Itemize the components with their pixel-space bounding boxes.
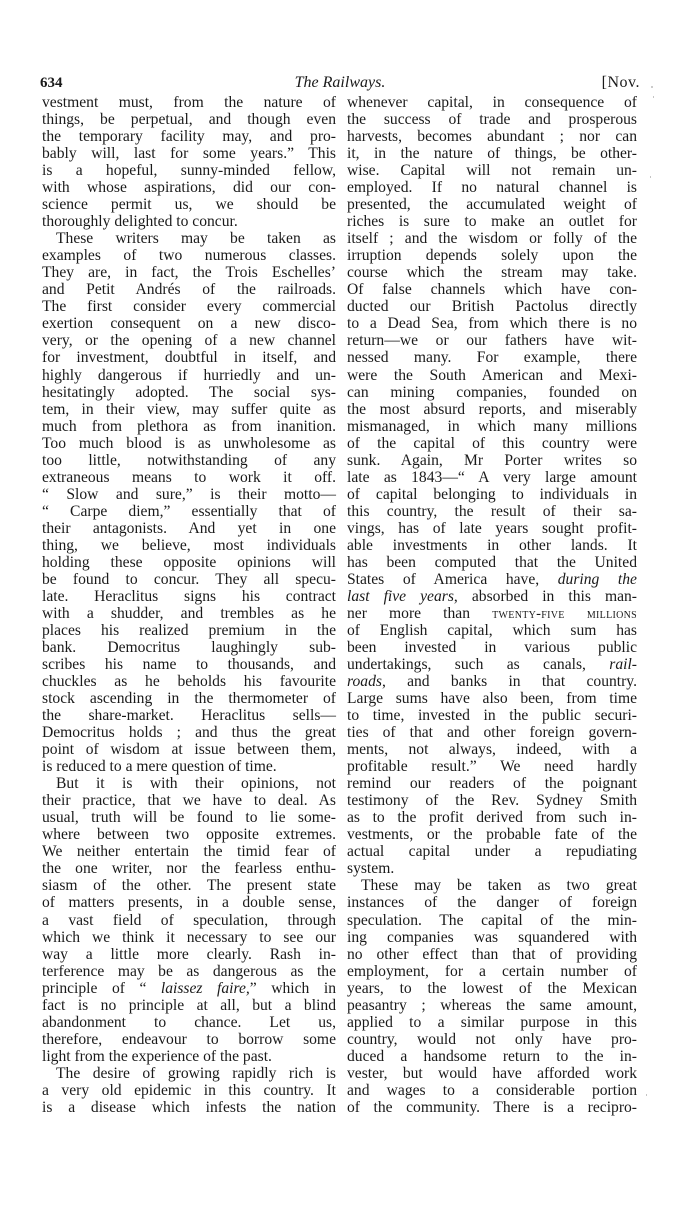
italic-run: laissez faire,	[161, 980, 250, 997]
italic-run: last five years	[347, 588, 454, 605]
text-line: They are, in fact, the Trois Eschelles’	[42, 264, 336, 281]
text-line: ducted our British Pactolus directly	[347, 298, 637, 315]
scanned-book-page: 634 The Railways. [Nov. vestment must, f…	[0, 0, 681, 1213]
text-line: a very old epidemic in this country. It	[42, 1082, 336, 1099]
text-line: a vast field of speculation, through	[42, 912, 336, 929]
text-line: vester, but would have afforded work	[347, 1065, 637, 1082]
scan-speck	[646, 1094, 647, 1096]
text-line: speculation. The capital of the min-	[347, 912, 637, 929]
right-text-column: whenever capital, in consequence ofthe s…	[347, 94, 637, 1116]
text-line: where between two opposite extremes.	[42, 826, 336, 843]
text-line: “ Slow and sure,” is their motto—	[42, 486, 336, 503]
italic-run: during the	[558, 571, 637, 588]
text-run: , and banks in that country.	[382, 673, 637, 690]
text-line: as to the profit derived from such in-	[347, 809, 637, 826]
text-line: system.	[347, 860, 637, 877]
text-line: peasantry ; whereas the same amount,	[347, 997, 637, 1014]
text-line: been invested in various public	[347, 639, 637, 656]
text-line: siasm of the other. The present state	[42, 877, 336, 894]
text-run: States of America have,	[347, 571, 558, 588]
text-run: undertakings, such as canals,	[347, 656, 609, 673]
text-line: ing companies was squandered with	[347, 929, 637, 946]
text-line: things, be perpetual, and though even	[42, 111, 336, 128]
text-line: the success of trade and prosperous	[347, 111, 637, 128]
text-line: sunk. Again, Mr Porter writes so	[347, 452, 637, 469]
text-line: Too much blood is as unwholesome as	[42, 435, 336, 452]
text-line: science permit us, we should be	[42, 196, 336, 213]
text-run: principle of “	[42, 980, 161, 997]
text-line: no other effect than that of providing	[347, 946, 637, 963]
text-line: way a little more clearly. Rash in-	[42, 946, 336, 963]
text-line: vestment must, from the nature of	[42, 94, 336, 111]
text-line: Large sums have also been, from time	[347, 690, 637, 707]
text-line: ner more than twenty-five millions	[347, 605, 637, 622]
text-line: for investment, doubtful in itself, and	[42, 349, 336, 366]
text-line: ments, not always, indeed, with a	[347, 741, 637, 758]
scan-speck	[650, 176, 651, 178]
text-line: itself ; and the wisdom or folly of the	[347, 230, 637, 247]
text-line: applied to a similar purpose in this	[347, 1014, 637, 1031]
text-line: chuckles as he beholds his favourite	[42, 673, 336, 690]
text-line: of the capital of this country were	[347, 435, 637, 452]
text-line: roads, and banks in that country.	[347, 673, 637, 690]
text-line: employed. If no natural channel is	[347, 179, 637, 196]
text-line: late. Heraclitus signs his contract	[42, 588, 336, 605]
text-line: to time, invested in the public securi-	[347, 707, 637, 724]
text-line: highly dangerous if hurriedly and un-	[42, 367, 336, 384]
text-line: vestments, or the probable fate of the	[347, 826, 637, 843]
text-line: it, in the nature of things, be other-	[347, 145, 637, 162]
text-line: is a disease which infests the nation	[42, 1099, 336, 1116]
italic-run: roads	[347, 673, 382, 690]
text-line: instances of the danger of foreign	[347, 894, 637, 911]
text-run: , absorbed in this man-	[454, 588, 637, 605]
text-line: vings, has of late years sought profit-	[347, 520, 637, 537]
text-line: duced a handsome return to the in-	[347, 1048, 637, 1065]
text-line: hesitatingly adopted. The social sys-	[42, 384, 336, 401]
running-title: The Railways.	[40, 74, 640, 92]
text-line: whenever capital, in consequence of	[347, 94, 637, 111]
text-line: But it is with their opinions, not	[42, 775, 336, 792]
text-line: scribes his name to thousands, and	[42, 656, 336, 673]
text-line: The first consider every commercial	[42, 298, 336, 315]
text-line: We neither entertain the timid fear of	[42, 843, 336, 860]
text-line: the share-market. Heraclitus sells—	[42, 707, 336, 724]
text-line: places his realized premium in the	[42, 622, 336, 639]
left-text-column: vestment must, from the nature ofthings,…	[42, 94, 336, 1116]
text-line: mismanaged, in which many millions	[347, 418, 637, 435]
text-line: ties of that and other foreign govern-	[347, 724, 637, 741]
text-line: thoroughly delighted to concur.	[42, 213, 336, 230]
scan-speck	[653, 96, 654, 98]
text-line: last five years, absorbed in this man-	[347, 588, 637, 605]
text-line: extraneous means to work it off.	[42, 469, 336, 486]
text-line: profitable result.” We need hardly	[347, 758, 637, 775]
text-line: late as 1843—“ A very large amount	[347, 469, 637, 486]
text-line: their antagonists. And yet in one	[42, 520, 336, 537]
text-line: These writers may be taken as	[42, 230, 336, 247]
text-line: which we think it necessary to see our	[42, 929, 336, 946]
text-line: much from plethora as from inanition.	[42, 418, 336, 435]
text-line: riches is sure to make an outlet for	[347, 213, 637, 230]
text-line: irruption depends solely upon the	[347, 247, 637, 264]
text-line: nessed many. For example, there	[347, 349, 637, 366]
text-line: of capital belonging to individuals in	[347, 486, 637, 503]
text-line: remind our readers of the poignant	[347, 775, 637, 792]
text-line: with whose aspirations, did our con-	[42, 179, 336, 196]
text-line: the most absurd reports, and miserably	[347, 401, 637, 418]
text-line: Democritus holds ; and thus the great	[42, 724, 336, 741]
text-line: this country, the result of their sa-	[347, 503, 637, 520]
small-caps-run: twenty-five millions	[492, 606, 637, 622]
text-line: stock ascending in the thermometer of	[42, 690, 336, 707]
text-line: wise. Capital will not remain un-	[347, 162, 637, 179]
text-line: “ Carpe diem,” essentially that of	[42, 503, 336, 520]
text-run: ” which in	[250, 980, 336, 997]
italic-run: rail-	[609, 656, 637, 673]
text-line: of matters presents, in a double sense,	[42, 894, 336, 911]
text-line: bably will, last for some years.” This	[42, 145, 336, 162]
text-line: light from the experience of the past.	[42, 1048, 336, 1065]
running-head: 634 The Railways. [Nov.	[40, 74, 640, 92]
text-line: return—we or our fathers have wit-	[347, 332, 637, 349]
text-line: The desire of growing rapidly rich is	[42, 1065, 336, 1082]
text-line: point of wisdom at issue between them,	[42, 741, 336, 758]
text-line: tem, in their view, may suffer quite as	[42, 401, 336, 418]
text-line: undertakings, such as canals, rail-	[347, 656, 637, 673]
text-line: bank. Democritus laughingly sub-	[42, 639, 336, 656]
text-line: employment, for a certain number of	[347, 963, 637, 980]
text-line: and wages to a considerable portion	[347, 1082, 637, 1099]
text-line: fact is no principle at all, but a blind	[42, 997, 336, 1014]
text-line: their practice, that we have to deal. As	[42, 792, 336, 809]
text-line: has been computed that the United	[347, 554, 637, 571]
text-line: harvests, becomes abundant ; nor can	[347, 128, 637, 145]
text-line: actual capital under a repudiating	[347, 843, 637, 860]
text-line: thing, we believe, most individuals	[42, 537, 336, 554]
text-line: able investments in other lands. It	[347, 537, 637, 554]
text-line: presented, the accumulated weight of	[347, 196, 637, 213]
text-line: usual, truth will be found to lie some-	[42, 809, 336, 826]
text-line: course which the stream may take.	[347, 264, 637, 281]
text-line: country, would not only have pro-	[347, 1031, 637, 1048]
text-line: States of America have, during the	[347, 571, 637, 588]
text-line: principle of “ laissez faire,” which in	[42, 980, 336, 997]
text-line: holding these opposite opinions will	[42, 554, 336, 571]
text-line: to a Dead Sea, from which there is no	[347, 315, 637, 332]
text-line: therefore, endeavour to borrow some	[42, 1031, 336, 1048]
text-line: These may be taken as two great	[347, 877, 637, 894]
text-line: abandonment to chance. Let us,	[42, 1014, 336, 1031]
text-line: and Petit Andrés of the railroads.	[42, 281, 336, 298]
text-line: Of false channels which have con-	[347, 281, 637, 298]
text-line: very, or the opening of a new channel	[42, 332, 336, 349]
text-line: of the community. There is a recipro-	[347, 1099, 637, 1116]
text-line: too little, notwithstanding of any	[42, 452, 336, 469]
text-line: exertion consequent on a new disco-	[42, 315, 336, 332]
text-line: examples of two numerous classes.	[42, 247, 336, 264]
text-line: with a shudder, and trembles as he	[42, 605, 336, 622]
text-line: were the South American and Mexi-	[347, 367, 637, 384]
text-line: years, to the lowest of the Mexican	[347, 980, 637, 997]
text-line: terference may be as dangerous as the	[42, 963, 336, 980]
text-line: be found to concur. They all specu-	[42, 571, 336, 588]
text-line: the temporary facility may, and pro-	[42, 128, 336, 145]
text-line: is reduced to a mere question of time.	[42, 758, 336, 775]
scan-speck	[651, 86, 653, 88]
text-line: can mining companies, founded on	[347, 384, 637, 401]
text-line: is a hopeful, sunny-minded fellow,	[42, 162, 336, 179]
text-run: ner more than	[347, 605, 492, 622]
text-line: of English capital, which sum has	[347, 622, 637, 639]
text-line: testimony of the Rev. Sydney Smith	[347, 792, 637, 809]
date-mark: [Nov.	[602, 74, 640, 92]
text-line: the one writer, nor the fearless enthu-	[42, 860, 336, 877]
